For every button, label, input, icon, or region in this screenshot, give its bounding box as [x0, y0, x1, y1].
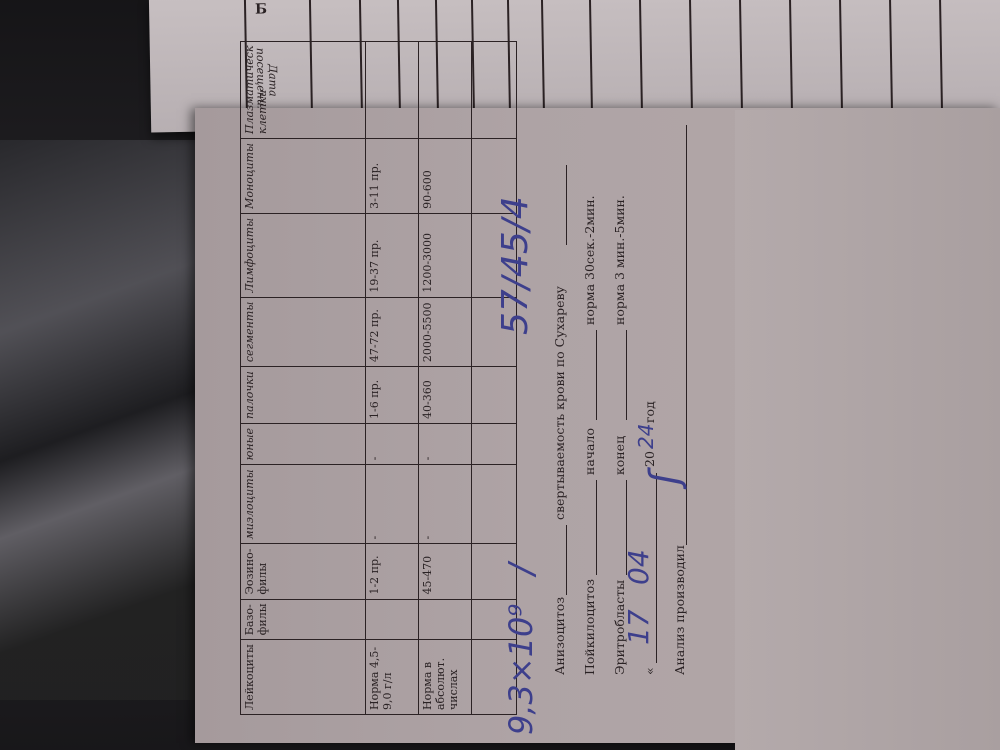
ledger-rule — [541, 0, 545, 121]
row-label: Норма в абсолют. числах — [419, 640, 472, 715]
date-quote: « — [642, 667, 657, 675]
cell-segmented: 47-72 пр. — [366, 297, 419, 367]
header-lymphocytes: Лимфоциты — [241, 213, 366, 297]
form-fields: Анизоцитоз свертываемость крови по Сухар… — [552, 115, 702, 715]
cell-basophils — [419, 599, 472, 640]
ledger-rule — [889, 0, 893, 115]
header-leukocytes: Лейкоциты — [241, 640, 366, 715]
header-young: юные — [241, 423, 366, 464]
blood-analysis-form: Лейкоциты Базо-филы Эозино-филы миэлоцит… — [240, 115, 730, 715]
coagulation-label: свертываемость крови по Сухареву — [552, 286, 567, 520]
cell-plasma-cells-value — [472, 41, 517, 138]
cell-basophils — [366, 599, 419, 640]
ledger-rule — [739, 0, 743, 117]
leukocyte-formula-table: Лейкоциты Базо-филы Эозино-филы миэлоцит… — [240, 41, 517, 715]
cell-myelocytes-value — [472, 465, 517, 544]
cell-plasma-cells — [419, 41, 472, 138]
header-eosinophils: Эозино-филы — [241, 544, 366, 599]
handwritten-date-month: 04 — [622, 549, 655, 585]
header-segmented: сегменты — [241, 297, 366, 367]
handwritten-leukocytes: 9,3×10⁹ — [502, 604, 540, 735]
handwritten-year: 24 — [634, 424, 658, 449]
start-norm: норма 30сек.-2мин. — [582, 195, 597, 325]
end-norm: норма 3 мин.-5мин. — [612, 195, 627, 325]
row-date: « 17 04 20 24 год — [642, 115, 672, 715]
poikilocytosis-label: Пойкилоцитоз — [582, 579, 597, 675]
performed-by-label: Анализ производил — [672, 545, 687, 675]
ledger-corner-letter: Б — [255, 1, 267, 17]
year-prefix: 20 — [642, 451, 657, 467]
cell-band: 40-360 — [419, 367, 472, 424]
cell-band: 1-6 пр. — [366, 367, 419, 424]
cell-lymphocytes: 19-37 пр. — [366, 213, 419, 297]
ledger-rule — [689, 0, 693, 118]
anisocytosis-label: Анизоцитоз — [552, 597, 567, 675]
ledger-rule — [789, 0, 793, 116]
header-myelocytes: миэлоциты — [241, 465, 366, 544]
row-poikilocytosis: Пойкилоцитоз начало норма 30сек.-2мин. — [582, 115, 612, 715]
cell-young: - — [419, 423, 472, 464]
cell-eosinophils: 45-470 — [419, 544, 472, 599]
handwritten-differential: 57/45/4 — [495, 196, 536, 335]
signature: ʃ — [642, 472, 688, 485]
cell-eosinophils: 1-2 пр. — [366, 544, 419, 599]
header-plasma-cells: Плазматическ клетки — [241, 41, 366, 138]
ledger-rule — [589, 0, 593, 120]
year-suffix: год — [642, 401, 657, 423]
table-row: Норма в абсолют. числах 45-470 - - 40-36… — [419, 41, 472, 714]
ledger-rule — [639, 0, 643, 119]
ledger-rule — [839, 0, 843, 115]
cell-plasma-cells — [366, 41, 419, 138]
header-monocytes: Моноциты — [241, 139, 366, 214]
cell-monocytes: 90-600 — [419, 139, 472, 214]
table-header-row: Лейкоциты Базо-филы Эозино-филы миэлоцит… — [241, 41, 366, 714]
cell-monocytes: 3-11 пр. — [366, 139, 419, 214]
handwritten-date-day: 17 — [622, 609, 655, 645]
start-label: начало — [582, 428, 597, 475]
row-performed-by: Анализ производил ʃ — [672, 115, 702, 715]
end-label: конец — [612, 436, 627, 475]
header-band: палочки — [241, 367, 366, 424]
cell-segmented: 2000-5500 — [419, 297, 472, 367]
row-anisocytosis: Анизоцитоз свертываемость крови по Сухар… — [552, 115, 582, 715]
cell-lymphocytes: 1200-3000 — [419, 213, 472, 297]
header-basophils: Базо-филы — [241, 599, 366, 640]
cell-young: - — [366, 423, 419, 464]
cell-band-value — [472, 367, 517, 424]
ledger-rule — [939, 0, 943, 114]
cell-myelocytes: - — [419, 465, 472, 544]
cell-myelocytes: - — [366, 465, 419, 544]
cell-young-value — [472, 423, 517, 464]
row-label: Норма 4,5-9,0 г/л — [366, 640, 419, 715]
table-row: Норма 4,5-9,0 г/л 1-2 пр. - - 1-6 пр. 47… — [366, 41, 419, 714]
form-sheet-right — [735, 110, 1000, 750]
handwritten-eosinophils: / — [502, 564, 542, 575]
